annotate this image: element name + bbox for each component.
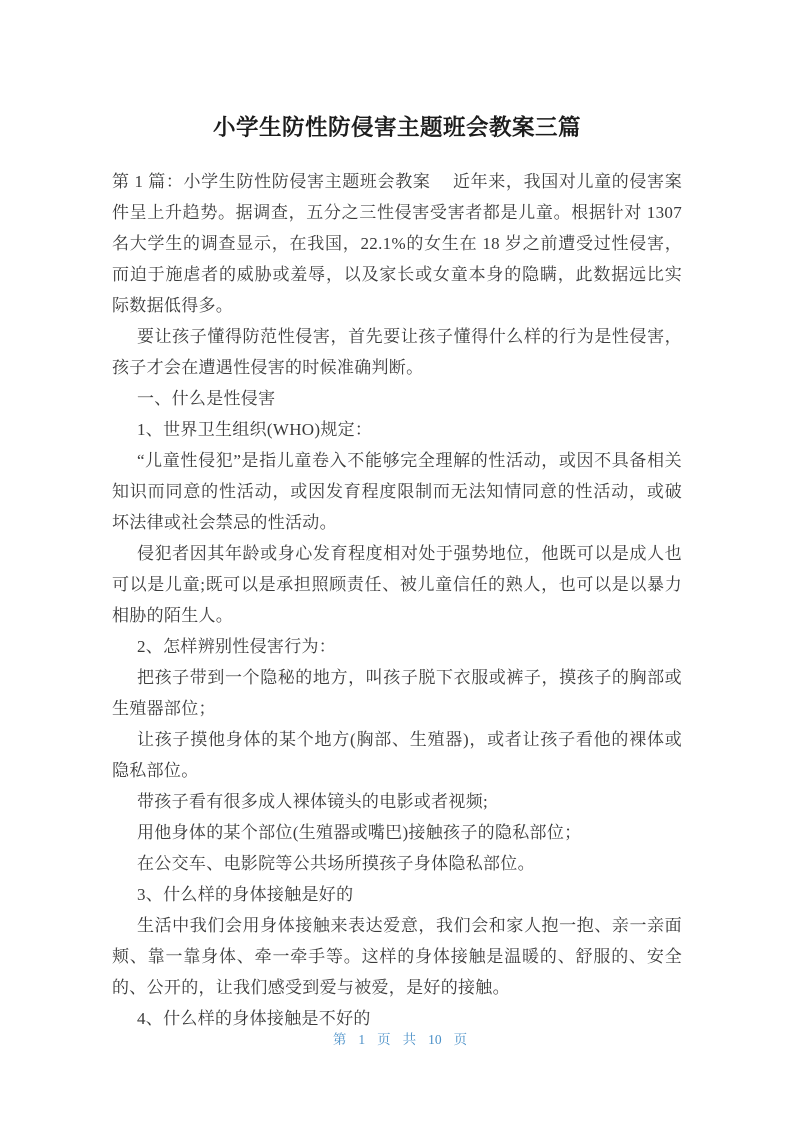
- footer-page-label: 页: [377, 1032, 391, 1047]
- paragraph: 把孩子带到一个隐秘的地方，叫孩子脱下衣服或裤子，摸孩子的胸部或生殖器部位；: [112, 662, 682, 724]
- paragraph: “儿童性侵犯”是指儿童卷入不能够完全理解的性活动，或因不具备相关知识而同意的性活…: [112, 445, 682, 538]
- paragraph: 让孩子摸他身体的某个地方(胸部、生殖器)，或者让孩子看他的裸体或隐私部位。: [112, 724, 682, 786]
- document-content: 小学生防性防侵害主题班会教案三篇 第 1 篇：小学生防性防侵害主题班会教案 近年…: [112, 0, 682, 1034]
- subsection-heading-3: 3、什么样的身体接触是好的: [112, 879, 682, 910]
- paragraph-intro: 第 1 篇：小学生防性防侵害主题班会教案 近年来，我国对儿童的侵害案件呈上升趋势…: [112, 166, 682, 321]
- footer-prefix-label: 第: [333, 1032, 347, 1047]
- total-pages: 10: [428, 1032, 442, 1047]
- page-footer: 第1页共10页: [0, 1031, 800, 1049]
- paragraph: 侵犯者因其年龄或身心发育程度相对处于强势地位，他既可以是成人也可以是儿童;既可以…: [112, 538, 682, 631]
- footer-suffix-label: 页: [454, 1032, 468, 1047]
- section-heading-1: 一、什么是性侵害: [112, 383, 682, 414]
- document-body: 第 1 篇：小学生防性防侵害主题班会教案 近年来，我国对儿童的侵害案件呈上升趋势…: [112, 166, 682, 1034]
- paragraph: 用他身体的某个部位(生殖器或嘴巴)接触孩子的隐私部位；: [112, 817, 682, 848]
- paragraph: 要让孩子懂得防范性侵害，首先要让孩子懂得什么样的行为是性侵害，孩子才会在遭遇性侵…: [112, 321, 682, 383]
- page-number: 1: [358, 1032, 365, 1047]
- subsection-heading-1: 1、世界卫生组织(WHO)规定：: [112, 414, 682, 445]
- subsection-heading-2: 2、怎样辨别性侵害行为：: [112, 631, 682, 662]
- paragraph: 在公交车、电影院等公共场所摸孩子身体隐私部位。: [112, 848, 682, 879]
- paragraph: 生活中我们会用身体接触来表达爱意，我们会和家人抱一抱、亲一亲面颊、靠一靠身体、牵…: [112, 910, 682, 1003]
- footer-of-label: 共: [403, 1032, 417, 1047]
- subsection-heading-4: 4、什么样的身体接触是不好的: [112, 1003, 682, 1034]
- document-title: 小学生防性防侵害主题班会教案三篇: [112, 112, 682, 144]
- document-page: 小学生防性防侵害主题班会教案三篇 第 1 篇：小学生防性防侵害主题班会教案 近年…: [0, 0, 800, 1130]
- paragraph: 带孩子看有很多成人裸体镜头的电影或者视频;: [112, 786, 682, 817]
